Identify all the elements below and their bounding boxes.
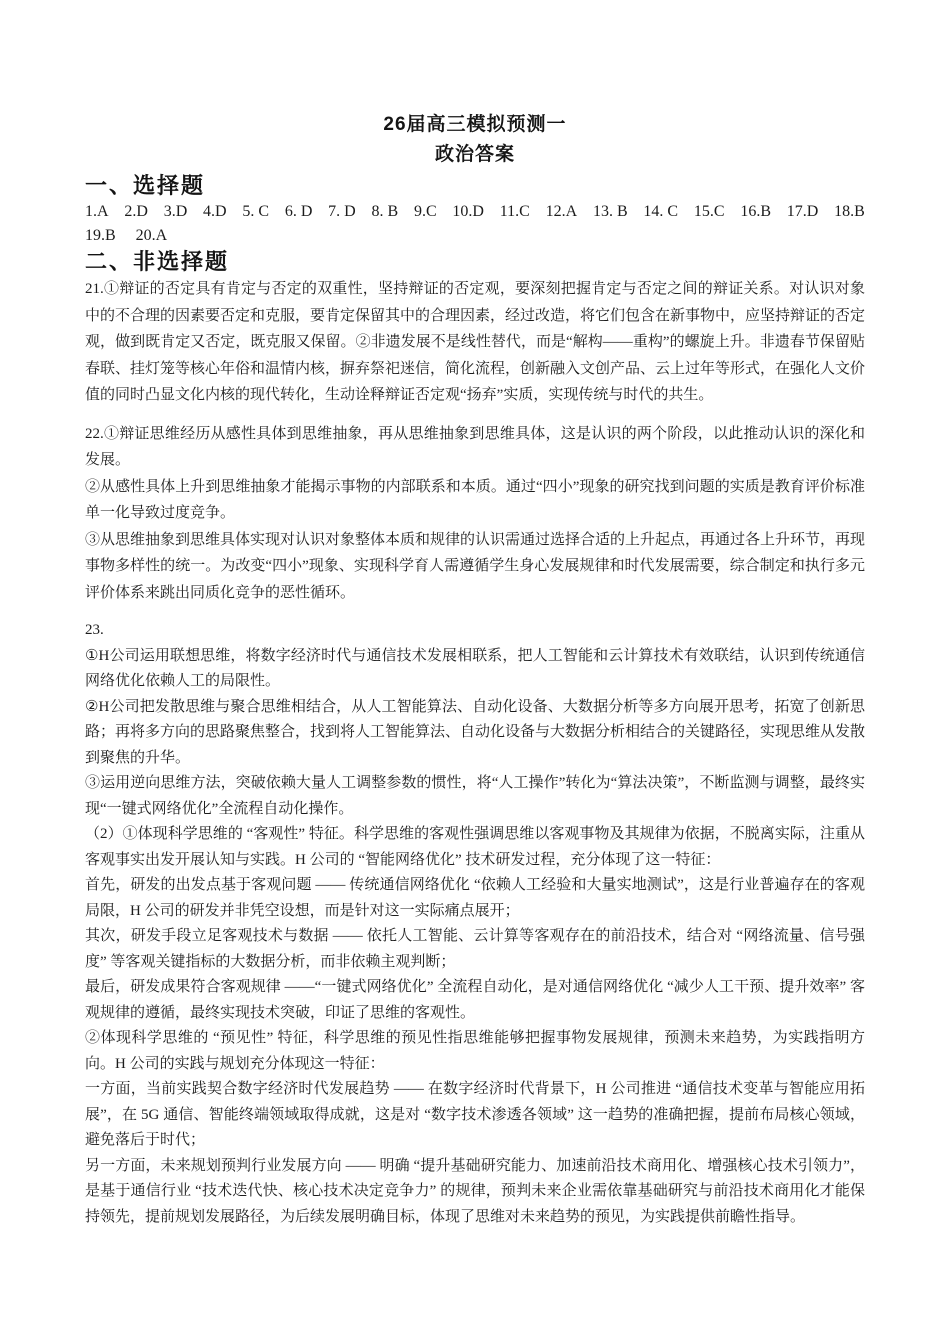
answer-item-6: 6. D xyxy=(285,200,313,224)
answer-item-7: 7. D xyxy=(328,200,356,224)
answer-item-17: 17.D xyxy=(787,200,819,224)
answer-item-12: 12.A xyxy=(546,200,578,224)
answer-item-20: 20.A xyxy=(136,224,168,248)
answer-23-part2-point-2: ②体现科学思维的 “预见性” 特征，科学思维的预见性指思维能够把握事物发展规律，… xyxy=(85,1026,865,1077)
answer-item-5: 5. C xyxy=(242,200,269,224)
answer-item-18: 18.B xyxy=(834,200,865,224)
answer-23-part2-first: 首先，研发的出发点基于客观问题 —— 传统通信网络优化 “依赖人工经验和大量实地… xyxy=(85,873,865,924)
answer-item-3: 3.D xyxy=(164,200,188,224)
answer-item-14: 14. C xyxy=(643,200,678,224)
answer-23-point-2: ②H公司把发散思维与聚合思维相结合，从人工智能算法、自动化设备、大数据分析等多方… xyxy=(85,695,865,772)
doc-subtitle: 政治答案 xyxy=(85,140,865,170)
document-page: 26届高三模拟预测一 政治答案 一、选择题 1.A 2.D 3.D 4.D 5.… xyxy=(0,0,950,1344)
answer-22-point-3: ③从思维抽象到思维具体实现对认识对象整体本质和规律的认识需通过选择合适的上升起点… xyxy=(85,527,865,607)
answer-22-point-2: ②从感性具体上升到思维抽象才能揭示事物的内部联系和本质。通过“四小”现象的研究找… xyxy=(85,474,865,527)
choice-answers-row-2: 19.B 20.A xyxy=(85,224,865,248)
answer-block-23: 23. ①H公司运用联想思维，将数字经济时代与通信技术发展相联系，把人工智能和云… xyxy=(85,618,865,1230)
doc-title: 26届高三模拟预测一 xyxy=(85,110,865,140)
answer-23-part2-one-aspect: 一方面，当前实践契合数字经济时代发展趋势 —— 在数字经济时代背景下，H 公司推… xyxy=(85,1077,865,1154)
answer-21-paragraph: 21.①辩证的否定具有肯定与否定的双重性，坚持辩证的否定观，要深刻把握肯定与否定… xyxy=(85,276,865,409)
answer-23-part2-other-aspect: 另一方面，未来规划预判行业发展方向 —— 明确 “提升基础研究能力、加速前沿技术… xyxy=(85,1154,865,1231)
answer-item-8: 8. B xyxy=(372,200,399,224)
answer-item-1: 1.A xyxy=(85,200,109,224)
answer-22-point-1: 22.①辩证思维经历从感性具体到思维抽象，再从思维抽象到思维具体，这是认识的两个… xyxy=(85,421,865,474)
answer-item-19: 19.B xyxy=(85,224,116,248)
answer-item-13: 13. B xyxy=(593,200,628,224)
answer-item-4: 4.D xyxy=(203,200,227,224)
answer-item-16: 16.B xyxy=(740,200,771,224)
answer-item-9: 9.C xyxy=(414,200,437,224)
answer-item-15: 15.C xyxy=(694,200,725,224)
section-heading-non-choice: 二、非选择题 xyxy=(85,248,865,276)
answer-23-point-3: ③运用逆向思维方法，突破依赖大量人工调整参数的惯性，将“人工操作”转化为“算法决… xyxy=(85,771,865,822)
answer-23-point-1: ①H公司运用联想思维，将数字经济时代与通信技术发展相联系，把人工智能和云计算技术… xyxy=(85,644,865,695)
answer-23-number: 23. xyxy=(85,618,865,644)
answer-23-part2-point-1: （2）①体现科学思维的 “客观性” 特征。科学思维的客观性强调思维以客观事物及其… xyxy=(85,822,865,873)
answer-23-part2-second: 其次，研发手段立足客观技术与数据 —— 依托人工智能、云计算等客观存在的前沿技术… xyxy=(85,924,865,975)
answer-block-21: 21.①辩证的否定具有肯定与否定的双重性，坚持辩证的否定观，要深刻把握肯定与否定… xyxy=(85,276,865,409)
answer-item-11: 11.C xyxy=(500,200,530,224)
answer-block-22: 22.①辩证思维经历从感性具体到思维抽象，再从思维抽象到思维具体，这是认识的两个… xyxy=(85,421,865,607)
section-heading-multiple-choice: 一、选择题 xyxy=(85,172,865,200)
answer-23-part2-last: 最后，研发成果符合客观规律 ——“一键式网络优化” 全流程自动化，是对通信网络优… xyxy=(85,975,865,1026)
answer-item-10: 10.D xyxy=(452,200,484,224)
choice-answers-row-1: 1.A 2.D 3.D 4.D 5. C 6. D 7. D 8. B 9.C … xyxy=(85,200,865,224)
answer-item-2: 2.D xyxy=(124,200,148,224)
